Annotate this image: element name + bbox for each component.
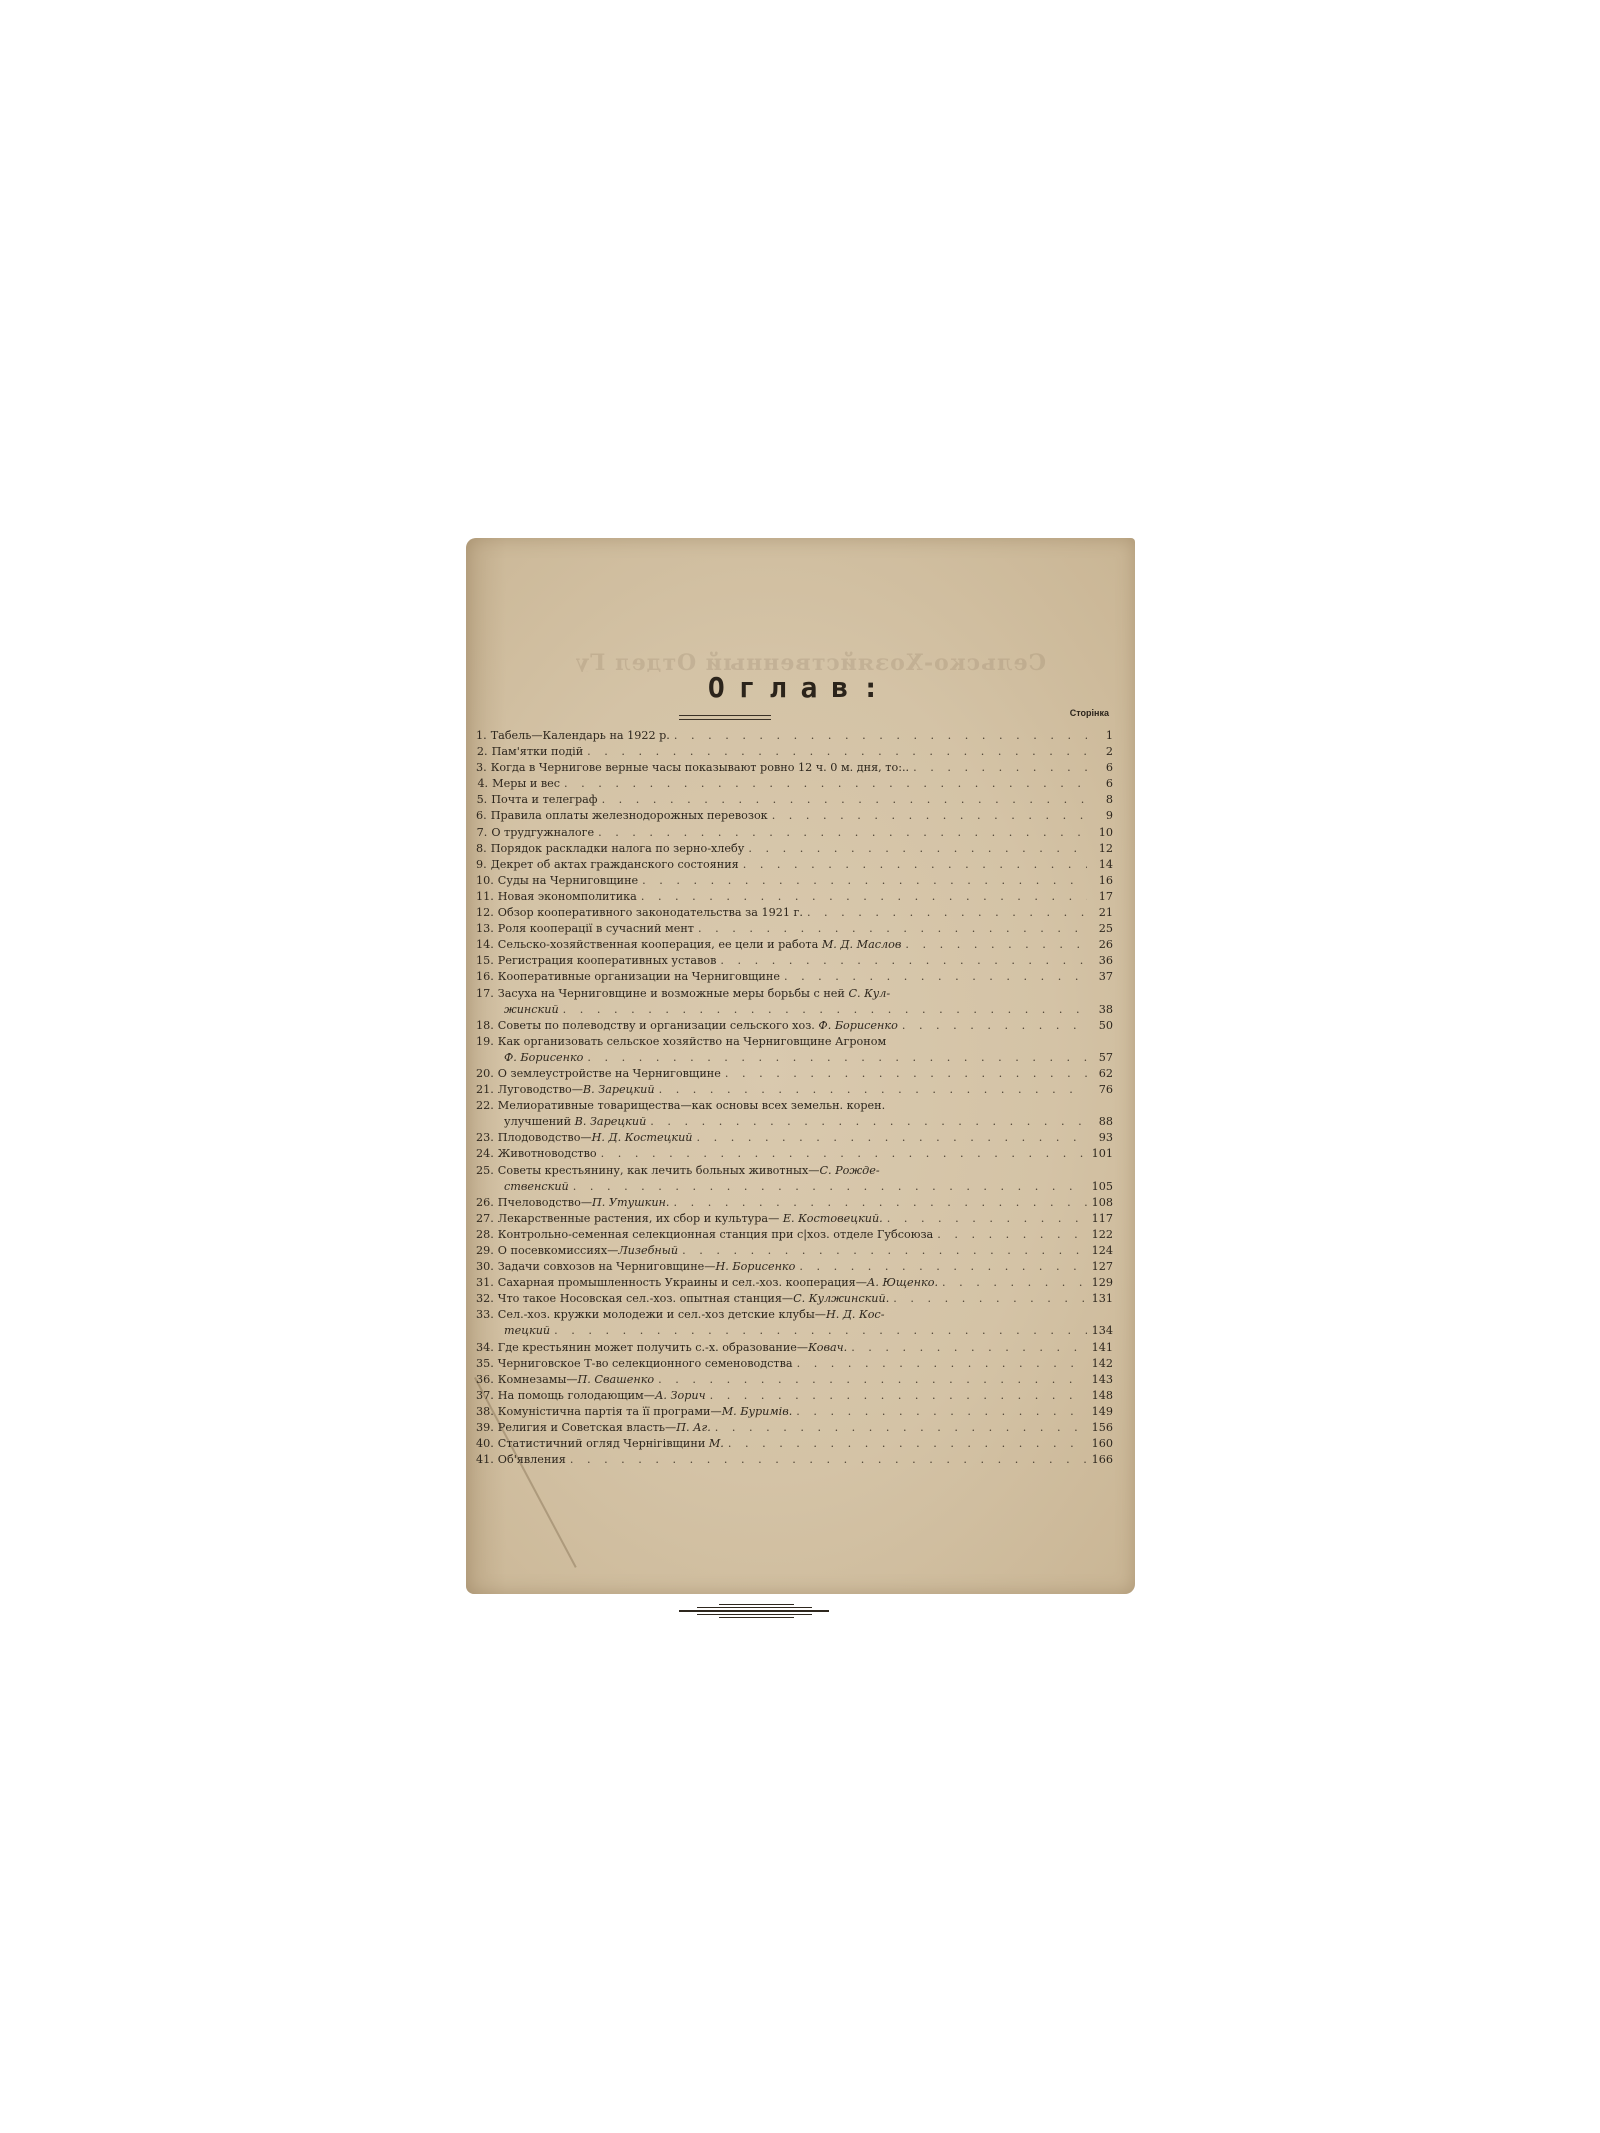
dot-leader <box>902 1018 1087 1034</box>
toc-entry-number: 5. <box>476 792 487 808</box>
toc-entry-number: 1. <box>476 728 487 744</box>
dot-leader <box>650 1114 1087 1130</box>
toc-entry-title: Плодоводство—Н. Д. Костецкий <box>498 1130 693 1146</box>
book-page: Сельско-Хозяйственный Отдел Губсоюза Огл… <box>466 538 1135 1594</box>
toc-entry-title: Как организовать сельское хозяйство на Ч… <box>498 1034 886 1050</box>
toc-entry-number: 6. <box>476 808 487 824</box>
toc-entry-number: 19. <box>476 1034 494 1050</box>
dot-leader <box>697 1130 1088 1146</box>
toc-entry-page-number: 134 <box>1091 1323 1113 1339</box>
toc-entry-line: 24.Животноводство101 <box>476 1146 1113 1162</box>
toc-entry-number: 28. <box>476 1227 494 1243</box>
toc-entry-page-number: 143 <box>1091 1372 1113 1388</box>
toc-entry-title: Животноводство <box>498 1146 597 1162</box>
toc-entry-author: Н. Борисенко <box>715 1260 795 1273</box>
toc-entry-author: П. Свашенко <box>578 1373 655 1386</box>
toc-entry-page-number: 88 <box>1091 1114 1113 1130</box>
toc-entry-number: 13. <box>476 921 494 937</box>
toc-entry-page-number: 17 <box>1091 889 1113 905</box>
toc-entry: 19.Как организовать сельское хозяйство н… <box>476 1034 1113 1066</box>
toc-entry-page-number: 62 <box>1091 1066 1113 1082</box>
toc-entry-title: Кооперативные организации на Черниговщин… <box>498 969 780 985</box>
toc-entry: 7.О трудгужналоге10 <box>476 825 1113 841</box>
toc-entry-line: 2.Пам'ятки подій2 <box>476 744 1113 760</box>
toc-entry-page-number: 93 <box>1091 1130 1113 1146</box>
dot-leader <box>748 841 1087 857</box>
toc-entry-title: Засуха на Черниговщине и возможные меры … <box>498 986 890 1002</box>
toc-entry-line: 19.Как организовать сельское хозяйство н… <box>476 1034 1113 1050</box>
toc-entry-number: 9. <box>476 857 487 873</box>
dot-leader <box>913 760 1087 776</box>
toc-entry-author: М. Буримів. <box>722 1405 793 1418</box>
toc-entry-line: 38.Комуністична партія та її програми—М.… <box>476 1404 1113 1420</box>
toc-entry-number: 35. <box>476 1356 494 1372</box>
toc-entry-title: Лекарственные растения, их сбор и культу… <box>498 1211 883 1227</box>
toc-entry-title: Пчеловодство—П. Утушкин. <box>498 1195 670 1211</box>
dot-leader <box>659 1082 1087 1098</box>
toc-entry-continuation: Ф. Борисенко57 <box>476 1050 1113 1066</box>
toc-entry-title: Пам'ятки подій <box>492 744 584 760</box>
toc-entry-continuation: жинский38 <box>476 1002 1113 1018</box>
dot-leader <box>784 969 1087 985</box>
toc-entry-author: тецкий <box>504 1324 550 1337</box>
toc-entry-title: Мелиоративные товарищества—как основы вс… <box>498 1098 885 1114</box>
toc-entry-line: 7.О трудгужналоге10 <box>476 825 1113 841</box>
toc-entry-author: П. Утушкин. <box>592 1196 669 1209</box>
toc-entry-title: Сельско-хозяйственная кооперация, ее цел… <box>498 937 902 953</box>
toc-entry-author: А. Зорич <box>655 1389 706 1402</box>
toc-entry-title: тецкий <box>504 1323 550 1339</box>
toc-entry-author: Н. Д. Костецкий <box>592 1131 693 1144</box>
toc-entry-line: 5.Почта и телеграф8 <box>476 792 1113 808</box>
toc-entry-page-number: 36 <box>1091 953 1113 969</box>
toc-entry-page-number: 131 <box>1091 1291 1113 1307</box>
toc-entry-number: 24. <box>476 1146 494 1162</box>
toc-entry: 3.Когда в Чернигове верные часы показыва… <box>476 760 1113 776</box>
toc-entry-page-number: 142 <box>1091 1356 1113 1372</box>
toc-entry-page-number: 76 <box>1091 1082 1113 1098</box>
toc-entry-title: Задачи совхозов на Черниговщине—Н. Борис… <box>498 1259 796 1275</box>
toc-entry-line: 40.Статистичний огляд Чернігівщини М.160 <box>476 1436 1113 1452</box>
toc-entry-title: Правила оплаты железнодорожных перевозок <box>491 808 768 824</box>
toc-entry-line: 8.Порядок раскладки налога по зерно-хлеб… <box>476 841 1113 857</box>
toc-entry-page-number: 14 <box>1091 857 1113 873</box>
toc-entry-author: В. Зарецкий <box>575 1115 647 1128</box>
toc-entry-line: 4.Меры и вес6 <box>476 776 1113 792</box>
toc-entry-page-number: 117 <box>1091 1211 1113 1227</box>
toc-entry-title: Об'явления <box>498 1452 566 1468</box>
toc-entry-number: 27. <box>476 1211 494 1227</box>
toc-entry-title: Регистрация кооперативных уставов <box>498 953 717 969</box>
toc-entry-line: 33.Сел.-хоз. кружки молодежи и сел.-хоз … <box>476 1307 1113 1323</box>
toc-entry-page-number: 149 <box>1091 1404 1113 1420</box>
toc-entry-title: Когда в Чернигове верные часы показывают… <box>491 760 909 776</box>
toc-entry-number: 36. <box>476 1372 494 1388</box>
toc-entry: 10.Суды на Черниговщине16 <box>476 873 1113 889</box>
toc-entry-number: 7. <box>476 825 487 841</box>
toc-entry-page-number: 1 <box>1091 728 1113 744</box>
dot-leader <box>682 1243 1087 1259</box>
toc-entry-title: Новая экономполитика <box>498 889 637 905</box>
toc-entry: 16.Кооперативные организации на Чернигов… <box>476 969 1113 985</box>
toc-entry-number: 31. <box>476 1275 494 1291</box>
toc-entry-number: 41. <box>476 1452 494 1468</box>
page-column-label: Сторінка <box>1070 708 1109 718</box>
dot-leader <box>587 1050 1087 1066</box>
title-underline <box>679 715 771 720</box>
toc-entry-number: 16. <box>476 969 494 985</box>
toc-entry-line: 37.На помощь голодающим—А. Зорич148 <box>476 1388 1113 1404</box>
toc-entry-page-number: 37 <box>1091 969 1113 985</box>
toc-entry-page-number: 148 <box>1091 1388 1113 1404</box>
toc-entry-line: 22.Мелиоративные товарищества—как основы… <box>476 1098 1113 1114</box>
toc-entry-number: 23. <box>476 1130 494 1146</box>
toc-entry-page-number: 16 <box>1091 873 1113 889</box>
toc-entry-number: 15. <box>476 953 494 969</box>
toc-entry-number: 21. <box>476 1082 494 1098</box>
toc-entry-line: 9.Декрет об актах гражданского состояния… <box>476 857 1113 873</box>
toc-entry: 22.Мелиоративные товарищества—как основы… <box>476 1098 1113 1130</box>
toc-entry-page-number: 127 <box>1091 1259 1113 1275</box>
toc-entry-line: 36.Комнезамы—П. Свашенко143 <box>476 1372 1113 1388</box>
toc-entry: 2.Пам'ятки подій2 <box>476 744 1113 760</box>
dot-leader <box>658 1372 1087 1388</box>
toc-entry-number: 34. <box>476 1340 494 1356</box>
toc-entry-page-number: 160 <box>1091 1436 1113 1452</box>
toc-entry-page-number: 26 <box>1091 937 1113 953</box>
toc-entry-page-number: 12 <box>1091 841 1113 857</box>
dot-leader <box>598 825 1087 841</box>
toc-entry-title: Советы по полеводству и организации сель… <box>498 1018 898 1034</box>
toc-entry-title: Суды на Черниговщине <box>498 873 638 889</box>
dot-leader <box>564 776 1087 792</box>
toc-entry-author: В. Зарецкий <box>583 1083 655 1096</box>
toc-entry: 36.Комнезамы—П. Свашенко143 <box>476 1372 1113 1388</box>
dot-leader <box>573 1179 1087 1195</box>
toc-entry-author: Ф. Борисенко <box>818 1019 897 1032</box>
toc-entry: 26.Пчеловодство—П. Утушкин.108 <box>476 1195 1113 1211</box>
toc-entry: 9.Декрет об актах гражданского состояния… <box>476 857 1113 873</box>
toc-entry-line: 12.Обзор кооперативного законодательства… <box>476 905 1113 921</box>
toc-entry: 23.Плодоводство—Н. Д. Костецкий93 <box>476 1130 1113 1146</box>
page-title: Оглав: <box>466 671 1135 704</box>
toc-entry-number: 30. <box>476 1259 494 1275</box>
toc-entry: 41.Об'явления166 <box>476 1452 1113 1468</box>
toc-entry-title: жинский <box>504 1002 559 1018</box>
toc-entry-page-number: 25 <box>1091 921 1113 937</box>
toc-entry-page-number: 6 <box>1091 760 1113 776</box>
toc-entry-page-number: 166 <box>1091 1452 1113 1468</box>
toc-entry-title: Комуністична партія та її програми—М. Бу… <box>498 1404 792 1420</box>
toc-entry-title: Табель—Календарь на 1922 р. <box>491 728 670 744</box>
toc-entry: 11.Новая экономполитика17 <box>476 889 1113 905</box>
toc-entry-title: Обзор кооперативного законодательства за… <box>498 905 803 921</box>
toc-entry-line: 39.Религия и Советская власть—П. Аг.156 <box>476 1420 1113 1436</box>
toc-entry-page-number: 57 <box>1091 1050 1113 1066</box>
toc-entry-title: Меры и вес <box>492 776 560 792</box>
dot-leader <box>570 1452 1087 1468</box>
toc-entry: 37.На помощь голодающим—А. Зорич148 <box>476 1388 1113 1404</box>
toc-entry-line: 41.Об'явления166 <box>476 1452 1113 1468</box>
toc-entry-title: Ф. Борисенко <box>504 1050 583 1066</box>
toc-entry-continuation: ственский105 <box>476 1179 1113 1195</box>
table-of-contents: 1.Табель—Календарь на 1922 р.12.Пам'ятки… <box>476 728 1113 1468</box>
toc-entry-title: Религия и Советская власть—П. Аг. <box>498 1420 711 1436</box>
toc-entry-line: 32.Что такое Носовская сел.-хоз. опытная… <box>476 1291 1113 1307</box>
toc-entry-number: 37. <box>476 1388 494 1404</box>
toc-entry-line: 18.Советы по полеводству и организации с… <box>476 1018 1113 1034</box>
toc-entry-line: 3.Когда в Чернигове верные часы показыва… <box>476 760 1113 776</box>
toc-entry-title: улучшений В. Зарецкий <box>504 1114 646 1130</box>
toc-entry-number: 3. <box>476 760 487 776</box>
dot-leader <box>602 792 1087 808</box>
toc-entry: 12.Обзор кооперативного законодательства… <box>476 905 1113 921</box>
dot-leader <box>641 889 1087 905</box>
toc-entry-page-number: 2 <box>1091 744 1113 760</box>
toc-entry-title: Почта и телеграф <box>491 792 597 808</box>
toc-entry-title: О землеустройстве на Черниговщине <box>498 1066 721 1082</box>
dot-leader <box>799 1259 1087 1275</box>
toc-entry: 15.Регистрация кооперативных уставов36 <box>476 953 1113 969</box>
dot-leader <box>887 1211 1087 1227</box>
toc-entry-title: Роля кооперації в сучасний мент <box>498 921 694 937</box>
dot-leader <box>772 808 1087 824</box>
toc-entry-number: 10. <box>476 873 494 889</box>
dot-leader <box>673 1195 1087 1211</box>
toc-entry-title: Комнезамы—П. Свашенко <box>498 1372 654 1388</box>
toc-entry-title: Сахарная промышленность Украины и сел.-х… <box>498 1275 938 1291</box>
toc-entry-line: 35.Черниговское Т-во селекционного семен… <box>476 1356 1113 1372</box>
toc-entry-continuation: тецкий134 <box>476 1323 1113 1339</box>
toc-entry: 1.Табель—Календарь на 1922 р.1 <box>476 728 1113 744</box>
toc-entry: 4.Меры и вес6 <box>476 776 1113 792</box>
toc-entry: 18.Советы по полеводству и организации с… <box>476 1018 1113 1034</box>
toc-entry: 20.О землеустройстве на Черниговщине62 <box>476 1066 1113 1082</box>
toc-entry-author: М. <box>709 1437 724 1450</box>
dot-leader <box>942 1275 1087 1291</box>
toc-entry-page-number: 50 <box>1091 1018 1113 1034</box>
dot-leader <box>674 728 1087 744</box>
toc-entry-author: Ковач. <box>808 1341 847 1354</box>
toc-entry-line: 16.Кооперативные организации на Чернигов… <box>476 969 1113 985</box>
toc-entry-number: 26. <box>476 1195 494 1211</box>
toc-entry-author: С. Кулжинский. <box>793 1292 889 1305</box>
toc-entry: 13.Роля кооперації в сучасний мент25 <box>476 921 1113 937</box>
toc-entry-page-number: 6 <box>1091 776 1113 792</box>
toc-entry: 40.Статистичний огляд Чернігівщини М.160 <box>476 1436 1113 1452</box>
toc-entry-title: Декрет об актах гражданского состояния <box>491 857 739 873</box>
toc-entry-page-number: 38 <box>1091 1002 1113 1018</box>
toc-entry: 29.О посевкомиссиях—Лизебный124 <box>476 1243 1113 1259</box>
toc-entry-line: 20.О землеустройстве на Черниговщине62 <box>476 1066 1113 1082</box>
toc-entry-line: 21.Луговодство—В. Зарецкий76 <box>476 1082 1113 1098</box>
toc-entry: 34.Где крестьянин может получить с.-х. о… <box>476 1340 1113 1356</box>
toc-entry-number: 11. <box>476 889 494 905</box>
toc-entry: 25.Советы крестьянину, как лечить больны… <box>476 1163 1113 1195</box>
toc-entry-page-number: 156 <box>1091 1420 1113 1436</box>
toc-entry-page-number: 122 <box>1091 1227 1113 1243</box>
toc-entry-number: 2. <box>476 744 488 760</box>
toc-entry-author: Ф. Борисенко <box>504 1051 583 1064</box>
toc-entry-number: 40. <box>476 1436 494 1452</box>
toc-entry-title: ственский <box>504 1179 569 1195</box>
toc-entry-number: 29. <box>476 1243 494 1259</box>
toc-entry-number: 38. <box>476 1404 494 1420</box>
toc-entry-number: 4. <box>476 776 488 792</box>
toc-entry-page-number: 10 <box>1091 825 1113 841</box>
dot-leader <box>601 1146 1087 1162</box>
toc-entry-title: О посевкомиссиях—Лизебный <box>498 1243 678 1259</box>
toc-entry-title: Что такое Носовская сел.-хоз. опытная ст… <box>498 1291 889 1307</box>
toc-entry: 8.Порядок раскладки налога по зерно-хлеб… <box>476 841 1113 857</box>
dot-leader <box>725 1066 1087 1082</box>
dot-leader <box>587 744 1087 760</box>
toc-entry-line: 6.Правила оплаты железнодорожных перевоз… <box>476 808 1113 824</box>
dot-leader <box>905 937 1087 953</box>
toc-entry: 32.Что такое Носовская сел.-хоз. опытная… <box>476 1291 1113 1307</box>
dot-leader <box>796 1404 1087 1420</box>
dot-leader <box>807 905 1087 921</box>
toc-entry-line: 13.Роля кооперації в сучасний мент25 <box>476 921 1113 937</box>
toc-entry-line: 15.Регистрация кооперативных уставов36 <box>476 953 1113 969</box>
toc-entry-number: 8. <box>476 841 487 857</box>
toc-entry-number: 33. <box>476 1307 494 1323</box>
dot-leader <box>893 1291 1087 1307</box>
toc-entry-line: 34.Где крестьянин может получить с.-х. о… <box>476 1340 1113 1356</box>
toc-entry-line: 28.Контрольно-семенная селекционная стан… <box>476 1227 1113 1243</box>
toc-entry-line: 11.Новая экономполитика17 <box>476 889 1113 905</box>
toc-entry-page-number: 129 <box>1091 1275 1113 1291</box>
dot-leader <box>728 1436 1087 1452</box>
toc-entry-page-number: 21 <box>1091 905 1113 921</box>
toc-entry-author: Лизебный <box>618 1244 678 1257</box>
toc-entry: 14.Сельско-хозяйственная кооперация, ее … <box>476 937 1113 953</box>
toc-entry-author: С. Рожде- <box>819 1164 879 1177</box>
dot-leader <box>720 953 1087 969</box>
toc-entry-author: П. Аг. <box>676 1421 711 1434</box>
toc-entry: 30.Задачи совхозов на Черниговщине—Н. Бо… <box>476 1259 1113 1275</box>
toc-entry: 38.Комуністична партія та її програми—М.… <box>476 1404 1113 1420</box>
toc-entry-number: 32. <box>476 1291 494 1307</box>
toc-entry: 24.Животноводство101 <box>476 1146 1113 1162</box>
dot-leader <box>710 1388 1087 1404</box>
toc-entry-number: 20. <box>476 1066 494 1082</box>
toc-entry-page-number: 9 <box>1091 808 1113 824</box>
toc-entry-line: 26.Пчеловодство—П. Утушкин.108 <box>476 1195 1113 1211</box>
toc-entry-title: Сел.-хоз. кружки молодежи и сел.-хоз дет… <box>498 1307 885 1323</box>
toc-entry-title: Советы крестьянину, как лечить больных ж… <box>498 1163 880 1179</box>
toc-entry-line: 1.Табель—Календарь на 1922 р.1 <box>476 728 1113 744</box>
dot-leader <box>743 857 1087 873</box>
toc-entry-title: Порядок раскладки налога по зерно-хлебу <box>491 841 745 857</box>
toc-entry-number: 25. <box>476 1163 494 1179</box>
toc-entry-page-number: 124 <box>1091 1243 1113 1259</box>
toc-entry-line: 25.Советы крестьянину, как лечить больны… <box>476 1163 1113 1179</box>
toc-entry: 35.Черниговское Т-во селекционного семен… <box>476 1356 1113 1372</box>
toc-entry-number: 22. <box>476 1098 494 1114</box>
toc-entry-author: А. Ющенко. <box>867 1276 938 1289</box>
toc-entry-title: На помощь голодающим—А. Зорич <box>498 1388 706 1404</box>
dot-leader <box>563 1002 1087 1018</box>
toc-entry-line: 10.Суды на Черниговщине16 <box>476 873 1113 889</box>
toc-entry-line: 31.Сахарная промышленность Украины и сел… <box>476 1275 1113 1291</box>
toc-entry-title: О трудгужналоге <box>491 825 594 841</box>
toc-entry-number: 18. <box>476 1018 494 1034</box>
toc-entry-line: 23.Плодоводство—Н. Д. Костецкий93 <box>476 1130 1113 1146</box>
toc-entry-page-number: 108 <box>1091 1195 1113 1211</box>
toc-entry-title: Где крестьянин может получить с.-х. обра… <box>498 1340 847 1356</box>
toc-entry: 28.Контрольно-семенная селекционная стан… <box>476 1227 1113 1243</box>
toc-entry-page-number: 101 <box>1091 1146 1113 1162</box>
toc-entry-line: 29.О посевкомиссиях—Лизебный124 <box>476 1243 1113 1259</box>
toc-entry-author: Н. Д. Кос- <box>826 1308 885 1321</box>
toc-entry-line: 14.Сельско-хозяйственная кооперация, ее … <box>476 937 1113 953</box>
dot-leader <box>797 1356 1087 1372</box>
toc-entry-number: 12. <box>476 905 494 921</box>
toc-entry-author: ственский <box>504 1180 569 1193</box>
toc-entry-title: Луговодство—В. Зарецкий <box>498 1082 655 1098</box>
toc-entry-page-number: 8 <box>1091 792 1113 808</box>
dot-leader <box>698 921 1087 937</box>
toc-entry: 21.Луговодство—В. Зарецкий76 <box>476 1082 1113 1098</box>
toc-entry-line: 27.Лекарственные растения, их сбор и кул… <box>476 1211 1113 1227</box>
toc-entry-author: Е. Костовецкий. <box>783 1212 883 1225</box>
dot-leader <box>642 873 1087 889</box>
toc-entry-number: 14. <box>476 937 494 953</box>
toc-entry: 33.Сел.-хоз. кружки молодежи и сел.-хоз … <box>476 1307 1113 1339</box>
toc-entry: 31.Сахарная промышленность Украины и сел… <box>476 1275 1113 1291</box>
toc-entry-author: жинский <box>504 1003 559 1016</box>
toc-entry-title: Статистичний огляд Чернігівщини М. <box>498 1436 724 1452</box>
toc-entry: 5.Почта и телеграф8 <box>476 792 1113 808</box>
bleed-through-text: Сельско-Хозяйственный Отдел Губсоюза <box>576 650 1046 672</box>
toc-entry-title: Контрольно-семенная селекционная станция… <box>498 1227 933 1243</box>
dot-leader <box>715 1420 1087 1436</box>
dot-leader <box>554 1323 1087 1339</box>
toc-entry-number: 39. <box>476 1420 494 1436</box>
toc-entry-title: Черниговское Т-во селекционного семеново… <box>498 1356 793 1372</box>
toc-entry-author: М. Д. Маслов <box>822 938 902 951</box>
toc-entry: 17.Засуха на Черниговщине и возможные ме… <box>476 986 1113 1018</box>
toc-entry: 27.Лекарственные растения, их сбор и кул… <box>476 1211 1113 1227</box>
toc-entry-author: С. Кул- <box>848 987 890 1000</box>
dot-leader <box>937 1227 1087 1243</box>
toc-entry-line: 17.Засуха на Черниговщине и возможные ме… <box>476 986 1113 1002</box>
toc-entry-number: 17. <box>476 986 494 1002</box>
toc-entry: 39.Религия и Советская власть—П. Аг.156 <box>476 1420 1113 1436</box>
toc-entry-continuation: улучшений В. Зарецкий88 <box>476 1114 1113 1130</box>
dot-leader <box>851 1340 1087 1356</box>
toc-entry-page-number: 141 <box>1091 1340 1113 1356</box>
toc-entry: 6.Правила оплаты железнодорожных перевоз… <box>476 808 1113 824</box>
toc-entry-page-number: 105 <box>1091 1179 1113 1195</box>
toc-entry-line: 30.Задачи совхозов на Черниговщине—Н. Бо… <box>476 1259 1113 1275</box>
